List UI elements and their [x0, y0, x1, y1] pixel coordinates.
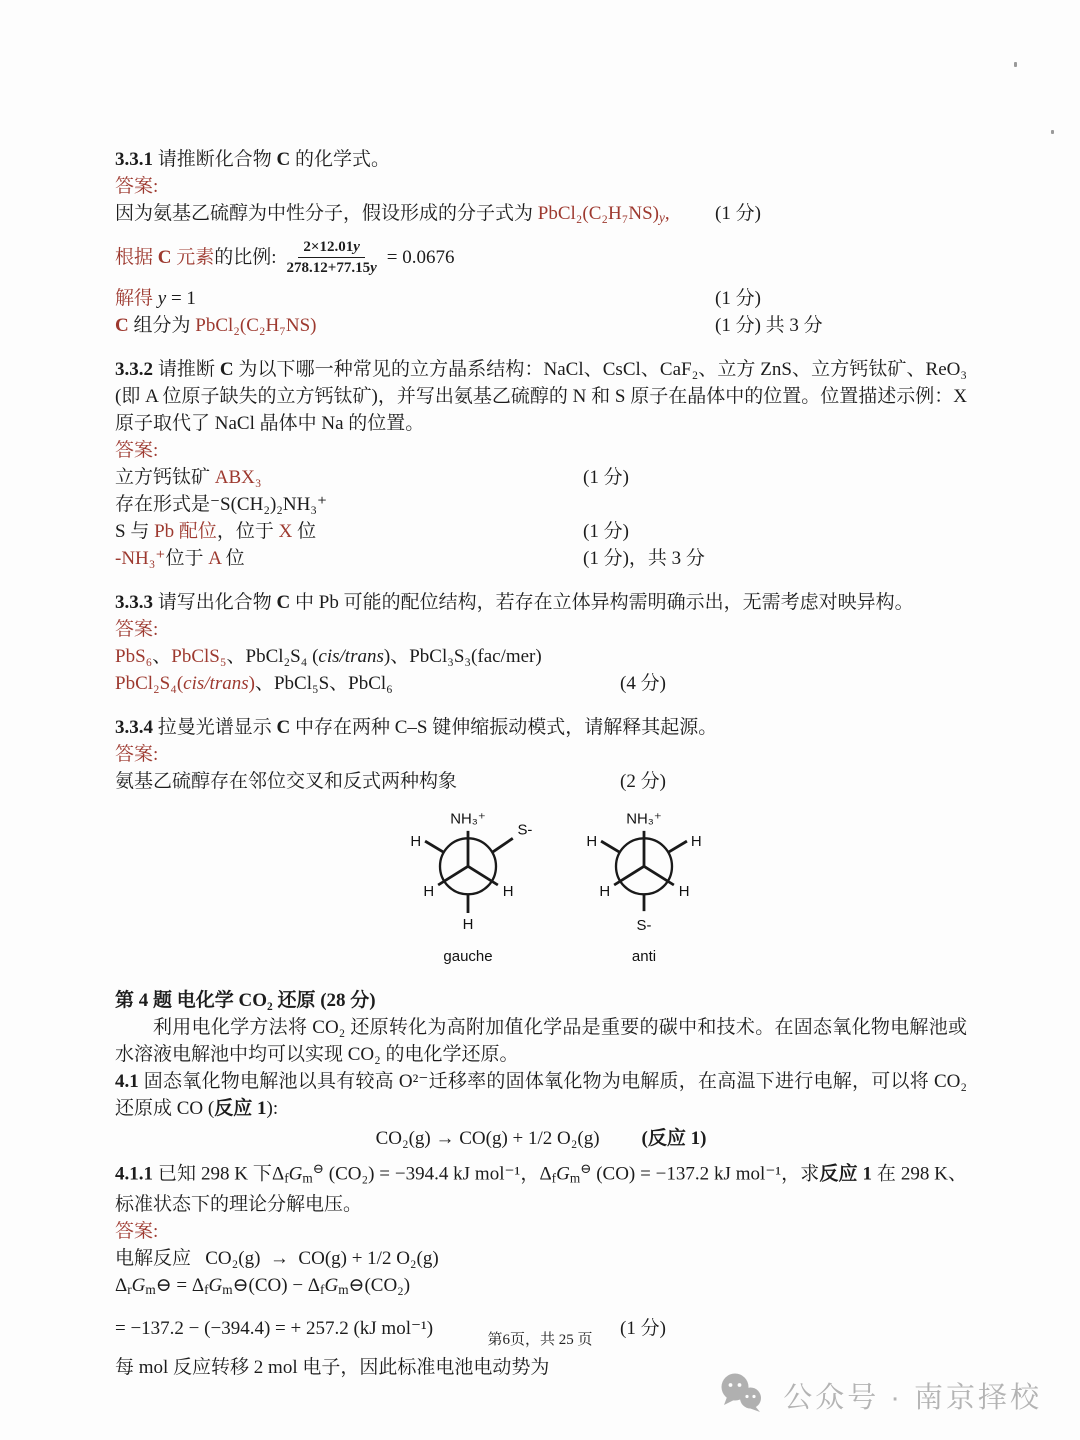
- question-3-3-4: 3.3.4 拉曼光谱显示 C 中存在两种 C–S 键伸缩振动模式，请解释其起源。: [115, 714, 967, 741]
- answer-line: S 与 Pb 配位，位于 X 位(1 分): [115, 518, 967, 545]
- substituent-label: S-: [517, 822, 532, 839]
- substituent-label: NH₃⁺: [626, 810, 662, 827]
- score-mark: (1 分): [715, 285, 761, 312]
- answer-line: C 组分为 PbCl₂(C₂H₇NS)(1 分) 共 3 分: [115, 312, 967, 339]
- question-4-1: 4.1 固态氧化物电解池以具有较高 O²⁻迁移率的固体氧化物为电解质，在高温下进…: [115, 1068, 967, 1122]
- question-3-3-2: 3.3.2 请推断 C 为以下哪一种常见的立方晶系结构：NaCl、CsCl、Ca…: [115, 356, 967, 437]
- score-mark: (1 分): [715, 200, 761, 227]
- score-mark: (1 分): [583, 464, 629, 491]
- watermark: 公众号 · 南京择校: [717, 1372, 1042, 1419]
- question-3-3-1: 3.3.1 请推断化合物 C 的化学式。: [115, 146, 967, 173]
- fraction-numerator: 2×12.01y: [298, 238, 364, 258]
- substituent-label: NH₃⁺: [450, 810, 486, 827]
- fraction-denominator: 278.12+77.15y: [282, 258, 382, 277]
- exam-answer-page: { "colors": { "answer_red": "#9d392f", "…: [0, 0, 1080, 1440]
- question-4-intro: 利用电化学方法将 CO₂ 还原转化为高附加值化学品是重要的碳中和技术。在固态氧化…: [115, 1014, 967, 1068]
- score-mark: (1 分)，共 3 分: [583, 545, 705, 572]
- substituent-label: H: [463, 916, 474, 933]
- answer-line: 存在形式是⁻S(CH₂)₂NH₃⁺: [115, 491, 967, 518]
- answer-line: PbCl₂S₄(cis/trans)、PbCl₅S、PbCl₆(4 分): [115, 670, 967, 697]
- score-mark: (1 分): [583, 518, 629, 545]
- section-question-4: 第 4 题 电化学 CO₂ 还原 (28 分) 利用电化学方法将 CO₂ 还原转…: [115, 987, 967, 1381]
- section-3-3-3: 3.3.3 请写出化合物 C 中 Pb 可能的配位结构，若存在立体异构需明确示出…: [115, 589, 967, 697]
- newman-projection-figure: NH₃⁺ H S- H H H gauche: [145, 801, 967, 970]
- substituent-label: S-: [637, 917, 652, 934]
- newman-gauche: NH₃⁺ H S- H H H gauche: [393, 801, 543, 970]
- answer-line: 解得 y = 1(1 分): [115, 285, 967, 312]
- score-mark: (2 分): [620, 768, 666, 795]
- substituent-label: H: [679, 883, 690, 900]
- answer-line-fraction: 根据 C 元素的比例: 2×12.01y 278.12+77.15y = 0.0…: [115, 231, 967, 285]
- reaction-equation: CO₂(g) → CO(g) + 1/2 O₂(g) (反应 1): [115, 1125, 967, 1152]
- section-3-3-4: 3.3.4 拉曼光谱显示 C 中存在两种 C–S 键伸缩振动模式，请解释其起源。…: [115, 714, 967, 970]
- equation-text: CO₂(g) → CO(g) + 1/2 O₂(g): [376, 1125, 600, 1152]
- scan-speck: [1051, 130, 1054, 134]
- substituent-label: H: [691, 833, 702, 850]
- answer-label: 答案:: [115, 1218, 967, 1245]
- score-mark: (1 分) 共 3 分: [715, 312, 823, 339]
- substituent-label: H: [423, 883, 434, 900]
- answer-line: PbS₆、PbClS₅、PbCl₂S₄ (cis/trans)、PbCl₃S₃(…: [115, 643, 967, 670]
- document-body: 3.3.1 请推断化合物 C 的化学式。 答案: 因为氨基乙硫醇为中性分子，假设…: [115, 146, 967, 1398]
- fraction: 2×12.01y 278.12+77.15y: [282, 238, 382, 277]
- newman-gauche-diagram: NH₃⁺ H S- H H H: [393, 801, 543, 941]
- wechat-icon: [717, 1372, 769, 1419]
- equation-tag: (反应 1): [642, 1125, 707, 1152]
- newman-anti: NH₃⁺ H H H H S- anti: [569, 801, 719, 970]
- answer-line: -NH₃⁺位于 A 位(1 分)，共 3 分: [115, 545, 967, 572]
- score-mark: (4 分): [620, 670, 666, 697]
- answer-line: ΔrGm⊖ = ΔfGm⊖(CO) − ΔfGm⊖(CO₂): [115, 1272, 967, 1303]
- page-number: 第6页，共 25 页: [487, 1332, 592, 1348]
- answer-label: 答案:: [115, 437, 967, 464]
- figure-caption: anti: [632, 943, 656, 970]
- answer-label: 答案:: [115, 173, 967, 200]
- watermark-text: 公众号 · 南京择校: [783, 1375, 1042, 1416]
- question-4-1-1: 4.1.1 已知 298 K 下ΔfGm⊖ (CO₂) = −394.4 kJ …: [115, 1155, 967, 1219]
- substituent-label: H: [410, 833, 421, 850]
- substituent-label: H: [599, 883, 610, 900]
- substituent-label: H: [503, 883, 514, 900]
- answer-label: 答案:: [115, 741, 967, 768]
- question-4-title: 第 4 题 电化学 CO₂ 还原 (28 分): [115, 987, 967, 1014]
- substituent-label: H: [586, 833, 597, 850]
- answer-line: 氨基乙硫醇存在邻位交叉和反式两种构象(2 分): [115, 768, 967, 795]
- answer-line: 因为氨基乙硫醇为中性分子，假设形成的分子式为 PbCl₂(C₂H₇NS)y,(1…: [115, 200, 967, 231]
- answer-line: 电解反应 CO₂(g) → CO(g) + 1/2 O₂(g): [115, 1245, 967, 1272]
- section-3-3-2: 3.3.2 请推断 C 为以下哪一种常见的立方晶系结构：NaCl、CsCl、Ca…: [115, 356, 967, 572]
- section-3-3-1: 3.3.1 请推断化合物 C 的化学式。 答案: 因为氨基乙硫醇为中性分子，假设…: [115, 146, 967, 339]
- newman-anti-diagram: NH₃⁺ H H H H S-: [569, 801, 719, 941]
- page-footer: 第6页，共 25 页: [0, 1328, 1080, 1349]
- answer-label: 答案:: [115, 616, 967, 643]
- figure-caption: gauche: [443, 943, 492, 970]
- answer-line: 立方钙钛矿 ABX₃(1 分): [115, 464, 967, 491]
- question-3-3-3: 3.3.3 请写出化合物 C 中 Pb 可能的配位结构，若存在立体异构需明确示出…: [115, 589, 967, 616]
- scan-speck: [1014, 62, 1017, 67]
